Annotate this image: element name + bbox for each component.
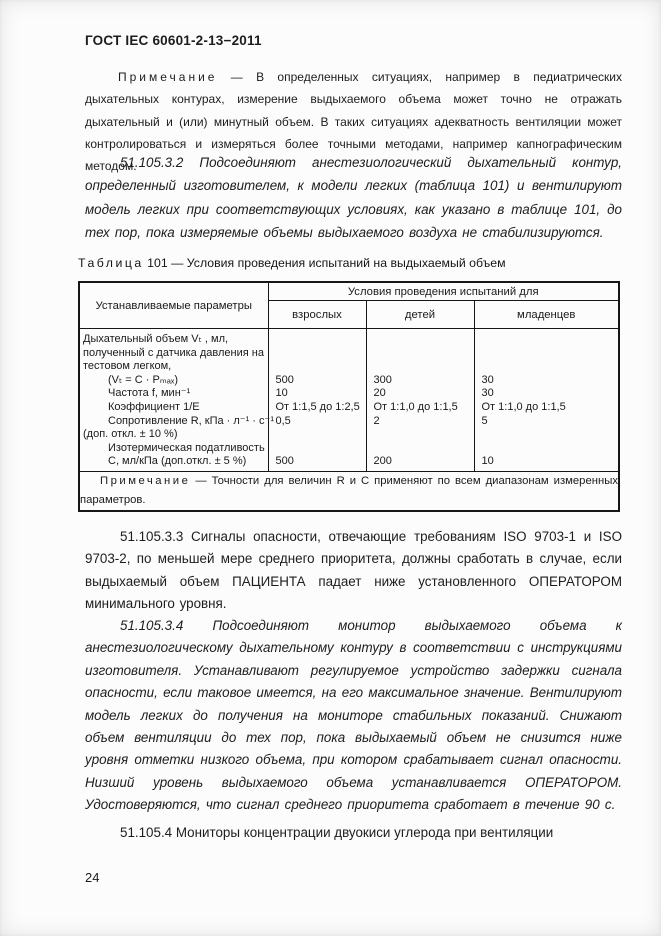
value-line: 500: [269, 455, 366, 469]
table-header-row-1: Устанавливаемые параметры Условия провед…: [79, 282, 619, 301]
value-line: 300: [367, 374, 474, 388]
value-line: [269, 347, 366, 361]
table-caption-number: 101: [147, 256, 168, 270]
section-51-105-4-heading: 51.105.4 Мониторы концентрации двуокиси …: [85, 822, 622, 844]
value-line: [367, 428, 474, 442]
table-note-label: Примечание: [100, 475, 190, 487]
value-line: [269, 333, 366, 347]
value-line: 30: [475, 374, 619, 388]
children-values-cell: 300 20 От 1:1,0 до 1:1,5 2 200: [366, 329, 474, 472]
param-line: Сопротивление R, кПа · л⁻¹ · с⁻¹: [80, 415, 268, 429]
value-line: [475, 347, 619, 361]
param-line: Изотермическая податливость: [80, 442, 268, 456]
value-line: [367, 333, 474, 347]
value-line: От 1:1,0 до 1:1,5: [367, 401, 474, 415]
value-line: [367, 442, 474, 456]
param-line: тестовом легком,: [80, 360, 268, 374]
infants-values-cell: 30 30 От 1:1,0 до 1:1,5 5 10: [474, 329, 619, 472]
param-line: (доп. откл. ± 10 %): [80, 428, 268, 442]
value-line: [269, 360, 366, 374]
param-line: Частота f, мин⁻¹: [80, 387, 268, 401]
value-line: [475, 360, 619, 374]
section-51-105-3-4: 51.105.3.4 Подсоединяют монитор выдыхаем…: [85, 615, 622, 817]
param-line: Коэффициент 1/E: [80, 401, 268, 415]
value-line: 500: [269, 374, 366, 388]
section-51-105-3-2: 51.105.3.2 Подсоединяют анестезиологичес…: [85, 151, 622, 244]
value-line: [475, 428, 619, 442]
table-note-cell: Примечание — Точности для величин R и C …: [79, 472, 619, 512]
param-line: Дыхательный объем Vₜ , мл,: [80, 333, 268, 347]
value-line: [367, 360, 474, 374]
note-label: Примечание: [118, 70, 217, 84]
document-page: ГОСТ IEC 60601-2-13−2011 Примечание — В …: [0, 0, 661, 936]
value-line: 10: [269, 387, 366, 401]
table-101-caption: Таблица 101 — Условия проведения испытан…: [78, 256, 618, 270]
value-line: От 1:1,0 до 1:1,5: [475, 401, 619, 415]
value-line: [367, 347, 474, 361]
col-header-conditions-group: Условия проведения испытаний для: [268, 282, 619, 301]
value-line: 5: [475, 415, 619, 429]
table-caption-label: Таблица: [78, 256, 144, 270]
table-101: Устанавливаемые параметры Условия провед…: [78, 281, 620, 512]
value-line: 0,5: [269, 415, 366, 429]
table-body-row: Дыхательный объем Vₜ , мл, полученный с …: [79, 329, 619, 472]
value-line: 200: [367, 455, 474, 469]
col-header-params: Устанавливаемые параметры: [79, 282, 268, 329]
table-note-row: Примечание — Точности для величин R и C …: [79, 472, 619, 512]
param-line: полученный с датчика давления на: [80, 347, 268, 361]
adults-values-cell: 500 10 От 1:1,5 до 1:2,5 0,5 500: [268, 329, 366, 472]
value-line: 30: [475, 387, 619, 401]
value-line: [269, 428, 366, 442]
param-line: C, мл/кПа (доп.откл. ± 5 %): [80, 455, 268, 469]
section-51-105-3-3: 51.105.3.3 Сигналы опасности, отвечающие…: [85, 526, 622, 615]
value-line: 20: [367, 387, 474, 401]
value-line: [475, 442, 619, 456]
param-cell: Дыхательный объем Vₜ , мл, полученный с …: [79, 329, 268, 472]
value-line: От 1:1,5 до 1:2,5: [269, 401, 366, 415]
col-header-infants: младенцев: [474, 301, 619, 329]
value-line: 2: [367, 415, 474, 429]
table-caption-title: — Условия проведения испытаний на выдыха…: [171, 256, 505, 270]
col-header-children: детей: [366, 301, 474, 329]
param-line: (Vₜ = C · Pₘₐₓ): [80, 374, 268, 388]
value-line: 10: [475, 455, 619, 469]
col-header-adults: взрослых: [268, 301, 366, 329]
value-line: [475, 333, 619, 347]
doc-code-header: ГОСТ IEC 60601-2-13−2011: [85, 33, 262, 48]
value-line: [269, 442, 366, 456]
page-number: 24: [85, 870, 99, 885]
